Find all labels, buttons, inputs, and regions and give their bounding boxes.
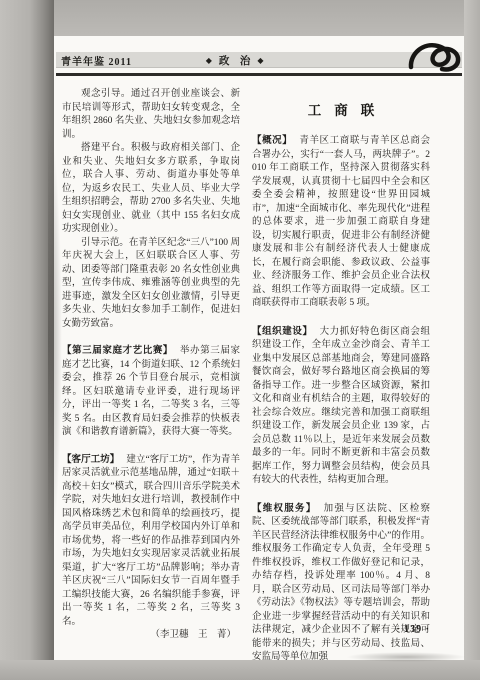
entry-overview: 【概况】青羊区工商联与青羊区总商会合署办公，实行“一套人马，两块牌子”。2010…	[252, 135, 430, 311]
scan-margin-top	[0, 0, 480, 36]
paragraph: 搭建平台。积极与政府相关部门、企业和失业、失地妇女多方联系，争取岗位，联合人事、…	[62, 142, 240, 237]
entry-living-room-workshop: 【客厅工坊】建立“客厅工坊”，作为青羊居家灵活就业示范基地品牌，通过“妇联＋高校…	[62, 454, 240, 630]
decorative-flourish-icon	[408, 38, 462, 74]
entry-text: 建立“客厅工坊”，作为青羊居家灵活就业示范基地品牌，通过“妇联＋高校＋妇女”模式…	[62, 455, 240, 627]
left-column: 观念引导。通过召开创业座谈会、新市民培训等形式，帮助妇女转变观念，全年组织 28…	[62, 88, 240, 588]
entry-heading: 【组织建设】	[252, 327, 313, 337]
scan-margin-left	[0, 0, 54, 680]
article-title: 工商联	[252, 102, 430, 120]
entry-heading: 【客厅工坊】	[62, 455, 119, 465]
section-title-text: 政 治	[219, 56, 251, 67]
right-column: 工商联 【概况】青羊区工商联与青羊区总商会合署办公，实行“一套人马，两块牌子”。…	[252, 102, 430, 642]
yearbook-title: 青羊年鉴 2011	[61, 53, 132, 68]
entry-text: 举办第三届家庭才艺比赛，14 个街道妇联、12 个系统妇委会，推荐 26 个节目…	[62, 346, 240, 437]
entry-text: 大力抓好特色街区商会组织建设工作，全年成立金沙商会、青羊工业集中发展区总部基地商…	[252, 327, 430, 486]
paragraph: 引导示范。在青羊区纪念“三八”100 周年庆祝大会上，区妇联联合区人事、劳动、团…	[62, 237, 240, 332]
scan-margin-right	[464, 0, 480, 680]
entry-family-talent-contest: 【第三届家庭才艺比赛】举办第三届家庭才艺比赛，14 个街道妇联、12 个系统妇委…	[62, 345, 240, 440]
diamond-icon: ◆	[199, 56, 219, 65]
page-number: · 139 ·	[360, 624, 430, 635]
entry-heading: 【维权服务】	[252, 504, 317, 514]
running-header: 青羊年鉴 2011 ◆政 治◆	[56, 52, 462, 68]
paragraph-text: 观念引导。通过召开创业座谈会、新市民培训等形式，帮助妇女转变观念，全年组织 28…	[62, 89, 240, 140]
byline: （李卫穗 王 菁）	[62, 629, 240, 643]
diamond-icon: ◆	[250, 56, 270, 65]
section-title: ◆政 治◆	[199, 53, 271, 68]
entry-text: 加强与区法院、区检察院、区委统战部等部门联系，积极发挥“青羊区民营经济法律维权服…	[252, 504, 430, 663]
paragraph: 观念引导。通过召开创业座谈会、新市民培训等形式，帮助妇女转变观念，全年组织 28…	[62, 88, 240, 142]
entry-organization-building: 【组织建设】大力抓好特色街区商会组织建设工作，全年成立金沙商会、青羊工业集中发展…	[252, 326, 430, 488]
paragraph-text: 搭建平台。积极与政府相关部门、企业和失业、失地妇女多方联系，争取岗位，联合人事、…	[62, 143, 240, 234]
entry-text: 青羊区工商联与青羊区总商会合署办公，实行“一套人马，两块牌子”。2010 年工商…	[252, 136, 430, 308]
entry-rights-protection: 【维权服务】加强与区法院、区检察院、区委统战部等部门联系，积极发挥“青羊区民营经…	[252, 503, 430, 665]
entry-heading: 【第三届家庭才艺比赛】	[62, 346, 173, 356]
paragraph-text: 引导示范。在青羊区纪念“三八”100 周年庆祝大会上，区妇联联合区人事、劳动、团…	[62, 238, 240, 329]
scanned-yearbook-page: 青羊年鉴 2011 ◆政 治◆ 观念引导。通过召开创业座谈会、新市民培训等形式，…	[0, 0, 480, 680]
header-rule	[56, 73, 462, 76]
entry-heading: 【概况】	[252, 136, 292, 146]
